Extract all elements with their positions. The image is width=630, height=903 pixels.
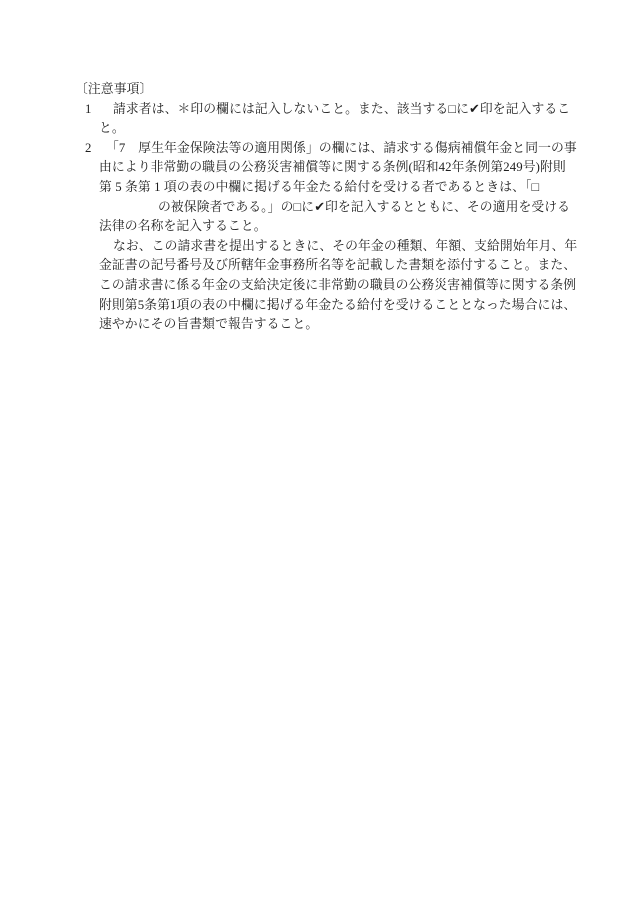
note-2-line: この請求書に係る年金の支給決定後に非常勤の職員の公務災害補償等に関する条例 [0, 276, 630, 296]
note-2-line: 2「7 厚生年金保険法等の適用関係」の欄には、請求する傷病補償年金と同一の事 [0, 139, 630, 159]
note-1-line: 1請求者は、＊印の欄には記入しないこと。また、該当する□に✔印を記入するこ [0, 100, 630, 120]
notes-list: 1請求者は、＊印の欄には記入しないこと。また、該当する□に✔印を記入すること。2… [0, 100, 630, 335]
note-number: 1 [85, 100, 92, 120]
note-1-line: と。 [0, 119, 630, 139]
note-2-line: 第 5 条第 1 項の表の中欄に掲げる年金たる給付を受ける者であるときは、「□ [0, 178, 630, 198]
note-2-line: の被保険者である。」の□に✔印を記入するとともに、その適用を受ける [0, 198, 630, 218]
note-number: 2 [85, 139, 92, 159]
note-2-line: 速やかにその旨書類で報告すること。 [0, 315, 630, 335]
note-2-line: 金証書の記号番号及び所轄年金事務所名等を記載した書類を添付すること。また、 [0, 256, 630, 276]
notes-section: 〔注意事項〕 1請求者は、＊印の欄には記入しないこと。また、該当する□に✔印を記… [0, 80, 630, 335]
note-2-line: 附則第5条第1項の表の中欄に掲げる年金たる給付を受けることとなった場合には、 [0, 296, 630, 316]
note-2-line: 由により非常勤の職員の公務災害補償等に関する条例(昭和42年条例第249号)附則 [0, 158, 630, 178]
notes-title: 〔注意事項〕 [0, 80, 630, 100]
document-page: 〔注意事項〕 1請求者は、＊印の欄には記入しないこと。また、該当する□に✔印を記… [0, 0, 630, 903]
note-2-line: なお、この請求書を提出するときに、その年金の種類、年額、支給開始年月、年 [0, 237, 630, 257]
note-2-line: 法律の名称を記入すること。 [0, 217, 630, 237]
